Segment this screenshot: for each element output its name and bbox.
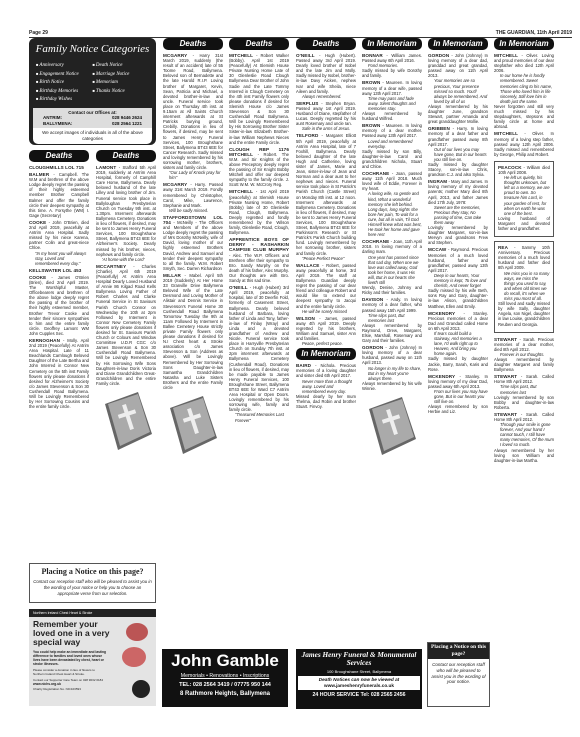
memoriam-column-3: In Memoriam MITCHELL - Oliver. Loving an…: [494, 38, 554, 465]
section-band-memoriam: In Memoriam: [428, 38, 488, 50]
notice-verse: 'At home with the Lord': [96, 257, 156, 262]
notice-name: DAVISON: [362, 297, 383, 302]
notice-verse: In our home he is fondly remembered. Swe…: [494, 73, 554, 104]
notice-entry: GORDON - John (Johnny) In loving memory …: [362, 345, 422, 391]
section-band-deaths: Deaths: [229, 38, 289, 50]
section-band-memoriam: In Memoriam: [494, 38, 554, 50]
notice-name: MITCHELL: [494, 131, 518, 136]
charity-org: Northern Ireland Chest Heart & Stroke: [29, 609, 156, 617]
notice-name: MITCHELL: [494, 53, 518, 58]
notice-verse: A loving wife, so gentle and kind, What …: [362, 191, 422, 237]
notice-verse: "Peace Perfect Peace": [296, 256, 356, 261]
notice-name: REA: [498, 245, 508, 250]
notice-entry: COCHRANE - Joan, passed away 11th April …: [362, 171, 422, 237]
notice-entry: GORDON - John (Johnny) In loving memory …: [428, 53, 488, 124]
deaths-column-5: Deaths O'NEILL - Hugh (Hubert). Passed a…: [296, 38, 356, 411]
notice-name: SERPLUS: [296, 101, 318, 106]
bible-icon: [100, 392, 155, 454]
section-band-deaths: Deaths: [296, 38, 356, 50]
notice-entry: BAIRD - Nichola. Precious memories of a …: [296, 363, 356, 409]
gamble-address: 8 Rathmore Heights, Ballymena: [164, 691, 286, 697]
notice-name: LAMONT: [96, 165, 116, 170]
placing-title: Placing a Notice on this page?: [33, 567, 152, 576]
notice-entry: MITCHELL - 1st April 2019 (peacefully) a…: [229, 189, 289, 235]
section-band-memoriam: In Memoriam: [362, 38, 422, 50]
placing-small-title: Placing a Notice on this page?: [428, 643, 489, 659]
bible-icon: [165, 396, 220, 458]
memoriam-column-2: In Memoriam GORDON - John (Johnny) In lo…: [428, 38, 488, 416]
deaths-column-3: Deaths MCGARRY - Harry 31st March 2019, …: [163, 38, 223, 459]
bible-icon: [364, 397, 419, 459]
notice-entry: BROWN - Maureen. In loving memory of a d…: [362, 80, 422, 121]
notice-entry: KELLSWATER LOL 453: [29, 268, 89, 273]
notice-entry: APPRENTICE BOYS OF DERRY - RASHARKIN CAM…: [229, 237, 289, 283]
notice-verse: Sweet are the memories, Precious they st…: [428, 205, 488, 225]
notice-name: COOKE: [29, 220, 46, 225]
notice-entry: SERPLUS - Stephen Bryan. Passed away 1st…: [296, 101, 356, 132]
contact-offices: Contact our Offices at: ANTRIM:028 9446 …: [33, 108, 152, 129]
category-item: Birthday Memories: [36, 87, 93, 96]
notice-name: O'NEILL: [229, 285, 248, 290]
charity-ad: Northern Ireland Chest Heart & Stroke Re…: [29, 609, 156, 706]
notice-signoff: Always remembered by daughter Margaret a…: [494, 357, 554, 372]
notice-signoff: Missed dearly by her mum Thelma, dad Rob…: [296, 394, 356, 409]
notice-verse: No longer in my life to share, But in my…: [362, 366, 422, 381]
notice-entry: O'NEILL - Hugh (Hubert). Passed away 3rd…: [296, 53, 356, 99]
henry-website-link[interactable]: www.jameshenryfunerals.co.uk: [299, 683, 419, 689]
notice-name: BONNAR: [362, 53, 383, 58]
notice-name: MITCHELL: [229, 53, 253, 58]
gamble-name: John Gamble: [164, 651, 286, 671]
notice-verse: From our lives you may have gone, But in…: [428, 389, 488, 404]
notice-entry: COOKE - James O'Brien (Brien), died 2nd …: [29, 275, 89, 336]
notice-signoff: Sadly missed by daughter Stacey, son-in-…: [428, 162, 488, 177]
james-henry-ad: James Henry Funeral & Monumental Service…: [296, 649, 422, 709]
notice-signoff: Still loved and sadly missed by wife Sal…: [498, 301, 550, 326]
notice-entry: MITCHELL - Oliver. Loving and proud memo…: [494, 53, 554, 129]
images-note: We accept images of individuals in all o…: [33, 128, 152, 144]
notice-signoff: Always remembered by Raymond, Drew, Marg…: [362, 323, 422, 343]
notice-name: TELFORD: [296, 133, 318, 138]
notice-name: PEACOCK: [498, 165, 522, 170]
notice-verse: Peace, perfect peace.: [296, 341, 356, 346]
charity-logo: [132, 680, 150, 698]
notice-verse: Loved and remembered everyday.: [362, 139, 422, 149]
heart-image: [126, 623, 148, 641]
boxed-notice-peacock: PEACOCK - William died 10th April 2008.H…: [494, 161, 554, 237]
notice-name: BAIRD: [296, 363, 311, 368]
memoriam-column-1: In Memoriam BONNAR - William James. Pass…: [362, 38, 422, 460]
notice-name: WALLACE: [296, 263, 319, 268]
notice-entry: CLOUGHMILLS LOL 715: [29, 165, 89, 170]
notice-verse: Deep in our hearts, Your memory is kept,…: [428, 273, 488, 288]
categories-list: Anniversary Death Notice Engagement Noti…: [29, 55, 156, 104]
notice-name: KELLSWATER LOL 453: [29, 268, 81, 273]
notice-name: GORDON: [362, 345, 383, 350]
notice-signoff: Sadly missed by wife Dorothy and family.: [362, 68, 422, 78]
charity-line2: Please consider a donation in lieu of fl…: [29, 666, 111, 678]
placing-body: Contact our reception staff who will be …: [33, 579, 152, 597]
notice-verse: Your memories are so precious, Your pres…: [428, 78, 488, 103]
henry-service: 24 HOUR SERVICE Tel: 028 2565 2456: [298, 692, 420, 698]
categories-title: Family Notice Categories: [29, 43, 156, 55]
categories-box: Family Notice Categories Anniversary Dea…: [29, 38, 156, 145]
category-item: Marriage Notice: [93, 70, 150, 79]
notice-verse: Will be sadly missed.: [163, 208, 223, 213]
notice-verse: Safe in the arms of Jesus.: [296, 126, 356, 131]
notice-verse: We miss you in so many ways, we miss the…: [498, 271, 550, 302]
notice-name: INGRAM: [428, 179, 447, 184]
notice-signoff: Always remembered by his daughter June, …: [428, 104, 488, 124]
notice-entry: MCGARRY - Harry. Passed away 31st March …: [163, 182, 223, 213]
henry-address: 100 Broughshane Street, Ballymena: [298, 669, 420, 674]
notice-signoff: Always remembered by her loving son Will…: [494, 448, 554, 463]
category-item: Engagement Notice: [36, 70, 93, 79]
deaths-column-2: Deaths LAMONT - Stafford 5th April 2019,…: [96, 150, 156, 455]
notice-entry: COOKE - John O'Brien, died 2nd April 201…: [29, 220, 89, 266]
notice-name: MCGARRY: [163, 53, 187, 58]
notice-name: CLOUGHMILLS LOL 715: [29, 165, 84, 170]
notice-entry: STEWART - Sarah. Called Home 8th April 2…: [494, 374, 554, 410]
notice-entry: MILLAR - Mabel. April 5th 2019 (Suddenly…: [163, 273, 223, 390]
notice-signoff: Lovingly remembered by son Bobby and dau…: [494, 395, 554, 410]
notice-entry: MCKENDRY - Stanley. Precious memories of…: [428, 311, 488, 372]
notice-name: MCKENDRY: [428, 311, 455, 316]
notice-verse: Through your smile is gone forever, And …: [494, 422, 554, 447]
notice-entry: COCHRANE - Joan, 11th April 2018. In lov…: [362, 239, 422, 295]
notice-signoff: Loving husband of Margaret and devoted f…: [498, 216, 550, 231]
notice-name: BROWN: [362, 123, 380, 128]
notice-verse: He will be sorely missed: [296, 309, 356, 314]
notice-name: CLOUGH RBP 1176 MITCHELL: [229, 147, 289, 157]
notice-verse: He left us quietly, his thoughts unknown…: [498, 175, 550, 216]
notice-name: MILLAR: [163, 273, 181, 278]
notice-name: MCCAW: [428, 247, 446, 252]
notice-entry: MCKENDRY - Stanley. In loving memory of …: [428, 374, 488, 415]
placing-notice-box: Placing a Notice on this page? Contact o…: [29, 563, 156, 603]
notice-verse: Time slips past, But memories last: [494, 384, 554, 394]
notice-verse: If tears could build a stairway, And mem…: [428, 331, 488, 356]
notice-signoff: Wendy, Denise, Johnny and Ricky and thei…: [362, 285, 422, 295]
notice-entry: WILSON - James, passed away 4th April 20…: [296, 316, 356, 347]
notice-entry: MCGARRY - Harry 31st March 2019, suddenl…: [163, 53, 223, 180]
category-item: Birthday Wishes: [36, 95, 93, 104]
notice-name: MCGARRY: [163, 182, 187, 187]
notice-name: STEWART: [494, 337, 517, 342]
notice-entry: DAVISON - Andy. In loving memory of a de…: [362, 297, 422, 343]
notice-entry: STEWART - Sarah. Precious memories of a …: [494, 337, 554, 373]
category-item: Memoriam: [93, 78, 150, 87]
henry-name: James Henry Funeral & Monumental Service…: [298, 651, 420, 667]
notice-signoff: Always remembered by husband Wilfred.: [362, 111, 422, 121]
notice-name: GORDON: [428, 53, 449, 58]
notice-entry: MITCHELL - Oliver. In memory of a loving…: [494, 131, 554, 156]
notice-entry: MCCARTNEY - Charles (Charlie). April 6th…: [96, 264, 156, 386]
boxed-notice-rea: REA - Sammy 10th Anniversary. Precious m…: [494, 241, 554, 333]
notice-name: STEWART: [494, 412, 517, 417]
page-header: Page 29 THE GUARDIAN, 11th April 2019: [29, 30, 572, 38]
notice-name: BALMER: [29, 172, 49, 177]
notice-verse: Time slips past, But memories last: [362, 313, 422, 323]
notice-verse: "Treasured Memories Last Forever": [229, 412, 289, 422]
deaths-column-4: Deaths MITCHELL - Robert Walker (Bobby).…: [229, 38, 289, 425]
placing-small-body: Contact our reception staff who will be …: [428, 659, 489, 688]
page-number: Page 29: [29, 30, 48, 37]
notice-name: O'NEILL: [296, 53, 315, 58]
notice-entry: BROWN - Maureen. In loving memory of a d…: [362, 123, 422, 169]
category-item: Birth Notice: [36, 78, 93, 87]
deaths-column-1: Deaths CLOUGHMILLS LOL 715 BALMER - Camp…: [29, 150, 89, 411]
notice-verse: "Our Lady of Knock pray for him": [163, 170, 223, 180]
notice-verse: Never more than a thought away. Loved an…: [296, 379, 356, 394]
notice-name: MCCARTNEY: [96, 264, 126, 269]
ballymena-phone: 028 2564 1221: [112, 121, 142, 127]
notice-entry: O'NEILL - Hugh (Hubert) 3rd April 2019, …: [229, 285, 289, 423]
notice-name: COCHRANE: [362, 239, 389, 244]
section-band-memoriam: In Memoriam: [296, 348, 356, 360]
henry-notice-box: Death Notices can now be viewed at www.j…: [298, 676, 420, 690]
notice-entry: MITCHELL - Robert Walker (Bobby). April …: [229, 53, 289, 145]
notice-name: BROWN: [362, 80, 380, 85]
notice-name: GRIBBEN: [428, 126, 450, 131]
notice-signoff: Lovingly remembered by daughter Margaret…: [428, 225, 488, 245]
notice-name: KERNOGHAN: [29, 338, 60, 343]
gamble-tel: TEL: 028 2564 3419 / 07775 950 144: [164, 682, 286, 688]
notice-verse: One year has passed since that sad day, …: [362, 255, 422, 286]
notice-name: STEWART: [494, 374, 517, 379]
notice-verse: Time may pass and fade away. Silent thou…: [362, 96, 422, 111]
notice-verse: Out of our lives you may have gone, But …: [428, 147, 488, 162]
notice-entry: BONNAR - William James. Passed away 6th …: [362, 53, 422, 78]
notice-entry: MCCAW - Raymond. Precious Memories of a …: [428, 247, 488, 308]
notice-name: WILSON: [296, 316, 315, 321]
notice-signoff: Sadly missed by son Billy, daughter-in-l…: [362, 149, 422, 169]
placing-notice-small: Placing a Notice on this page? Contact o…: [427, 642, 490, 707]
notice-entry: INGRAM - Mary and James. In loving memor…: [428, 179, 488, 245]
notice-name: APPRENTICE BOYS OF DERRY - RASHARKIN CAM…: [229, 237, 289, 252]
notice-signoff: Always remembered by his wife Winnie.: [362, 381, 422, 391]
notice-signoff: Always remembered by son Herbie and Liz.: [428, 404, 488, 414]
notice-entry: WALLACE - Robert, passed away peacefully…: [296, 263, 356, 314]
ballymena-label: BALLYMENA:: [43, 121, 72, 127]
section-band-deaths: Deaths: [163, 38, 223, 50]
paper-date: THE GUARDIAN, 11th April 2019: [496, 30, 572, 37]
notice-entry: KERNOGHAN - Molly. April 2nd 2019 (Peace…: [29, 338, 89, 409]
notice-entry: PEACOCK - William died 10th April 2008.H…: [498, 165, 550, 231]
notice-entry: CLOUGH RBP 1176 MITCHELL - Robert. The W…: [229, 147, 289, 188]
notice-entry: STEWART - Sarah. Called Home 8th April 2…: [494, 412, 554, 463]
category-item: Thanks Notice: [93, 87, 150, 96]
notice-name: COOKE: [29, 275, 46, 280]
notice-entry: REA - Sammy 10th Anniversary. Precious m…: [498, 245, 550, 327]
notice-signoff: Never forgotten and still very much miss…: [494, 104, 554, 129]
section-band-deaths: Deaths: [96, 150, 156, 162]
gamble-services: Memorials • Renovations • Inscriptions: [164, 673, 286, 679]
notice-signoff: Sadly missed by daughter Jackie, Barry, …: [428, 356, 488, 371]
category-item: Death Notice: [93, 61, 150, 70]
charity-headline: Remember your loved one in a very specia…: [29, 617, 117, 650]
notice-entry: TELFORD - Margaret Elliott 5th April 201…: [296, 133, 356, 260]
charity-body: You could help make an immediate and las…: [29, 650, 111, 666]
notice-verse: Always remembered.: [296, 94, 356, 99]
notice-entry: STAFFORDSTOWN LOL 704 - McNeilly - The O…: [163, 215, 223, 271]
notice-signoff: Sadly missed by his wife Beth, sons Ray …: [428, 288, 488, 308]
notice-name: COCHRANE: [362, 171, 389, 176]
notice-entry: GRIBBEN - Harry. In loving memory of a d…: [428, 126, 488, 177]
notice-name: MITCHELL: [229, 189, 253, 194]
notice-entry: BALMER - Campbell. The W.M and brethren …: [29, 172, 89, 218]
notice-name: MCKENDRY: [428, 374, 455, 379]
section-band-deaths: Deaths: [29, 150, 89, 162]
category-item: Anniversary: [36, 61, 93, 70]
heart-image: [122, 647, 146, 667]
john-gamble-ad: John Gamble Memorials • Renovations • In…: [162, 649, 288, 707]
notice-name: STAFFORDSTOWN LOL 704: [163, 215, 223, 225]
notice-verse: "In my heart you will always stay, Loved…: [29, 251, 89, 266]
notice-entry: LAMONT - Stafford 5th April 2019, sudden…: [96, 165, 156, 262]
